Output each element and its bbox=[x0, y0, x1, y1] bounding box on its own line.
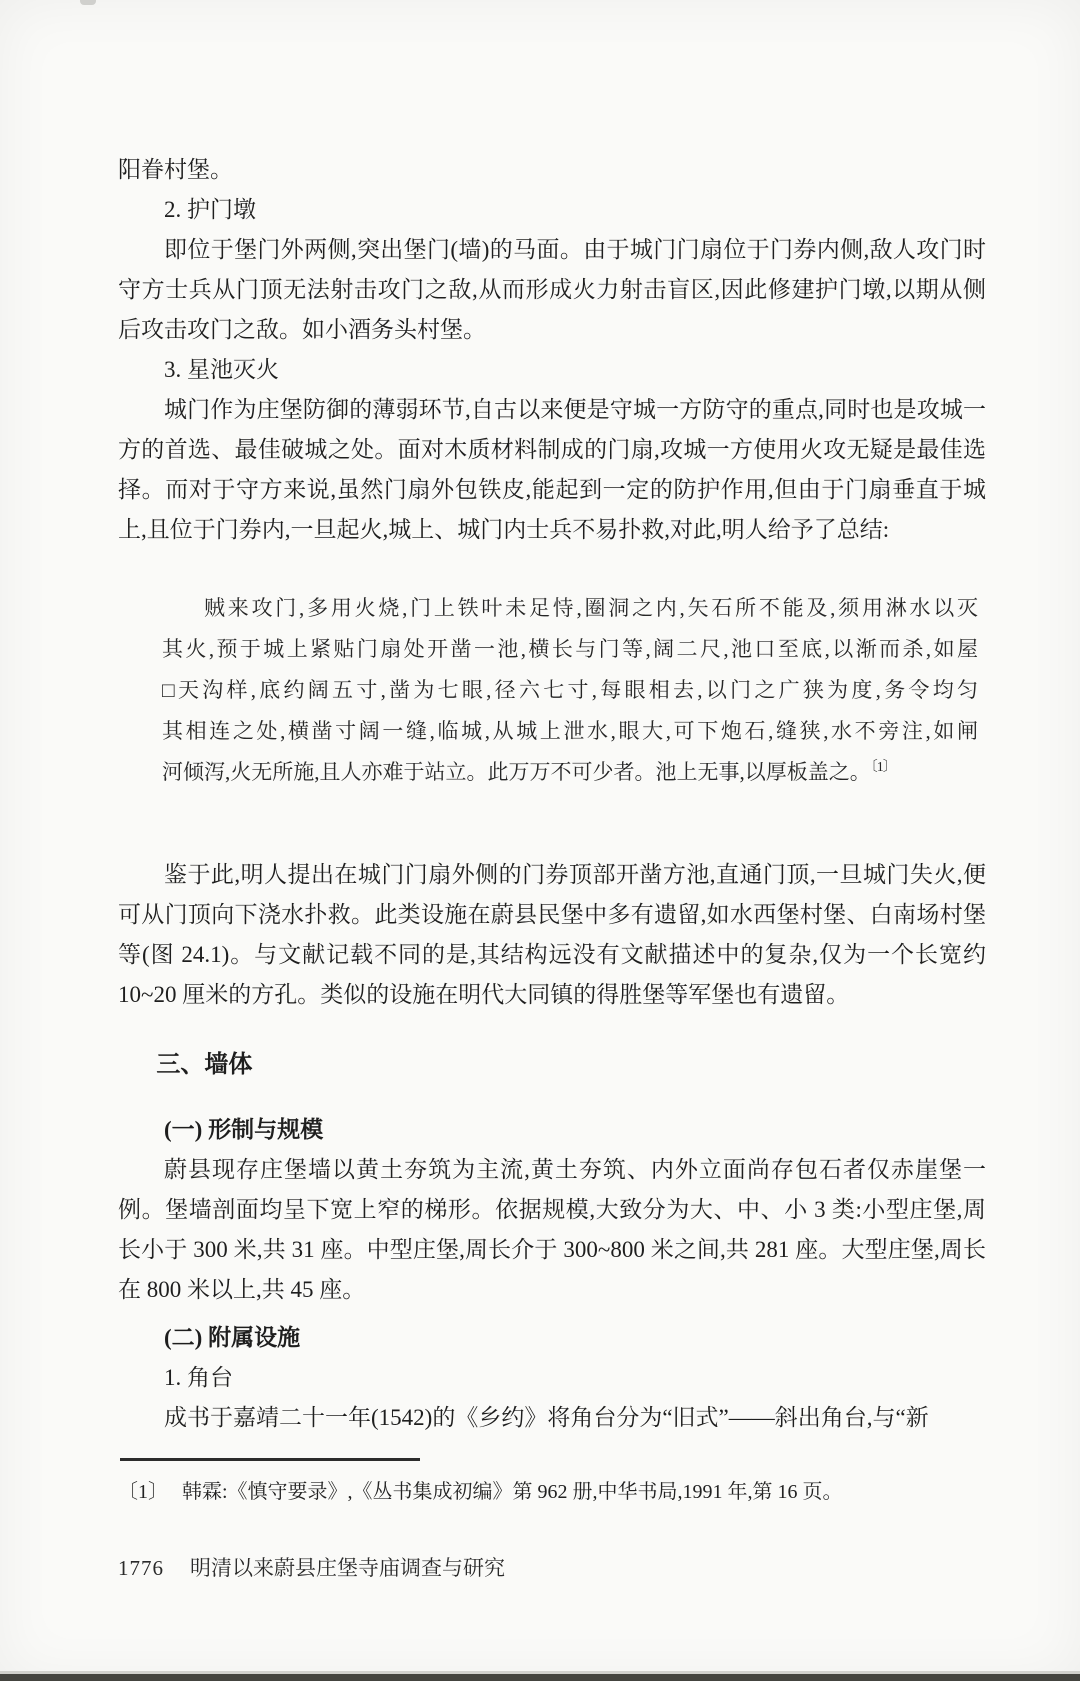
quote-line: □天沟样,底约阔五寸,凿为七眼,径六七寸,每眼相去,以门之广狭为度,务令均匀 bbox=[162, 670, 978, 711]
footnote: 〔1〕韩霖:《慎守要录》,《丛书集成初编》第 962 册,中华书局,1991 年… bbox=[118, 1475, 986, 1509]
quote-line-last: 河倾泻,火无所施,且人亦难于站立。此万万不可少者。池上无事,以厚板盖之。〔1〕 bbox=[162, 752, 978, 793]
paragraph-jianyu: 鉴于此,明人提出在城门门扇外侧的门券顶部开凿方池,直通门顶,一旦城门失火,便可从… bbox=[118, 855, 986, 1015]
paragraph-continuation: 阳眷村堡。 bbox=[118, 150, 986, 190]
page-body: 阳眷村堡。 2. 护门墩 即位于堡门外两侧,突出堡门(墙)的马面。由于城门门扇位… bbox=[0, 0, 1080, 1509]
footnote-marker: 〔1〕 bbox=[118, 1481, 168, 1503]
paragraph-xingzhi-guimo: 蔚县现存庄堡墙以黄土夯筑为主流,黄土夯筑、内外立面尚存包石者仅赤崖堡一例。堡墙剖… bbox=[118, 1150, 986, 1310]
heading-jiaotai: 1. 角台 bbox=[118, 1358, 986, 1398]
footnote-text: 韩霖:《慎守要录》,《丛书集成初编》第 962 册,中华书局,1991 年,第 … bbox=[182, 1481, 843, 1503]
block-quote: 贼来攻门,多用火烧,门上铁叶未足恃,圈洞之内,矢石所不能及,须用淋水以灭 其火,… bbox=[162, 588, 978, 793]
quote-line: 贼来攻门,多用火烧,门上铁叶未足恃,圈洞之内,矢石所不能及,须用淋水以灭 bbox=[162, 588, 978, 629]
heading-xingchi-miehuo: 3. 星池灭火 bbox=[118, 350, 986, 390]
paragraph-jiaotai: 成书于嘉靖二十一年(1542)的《乡约》将角台分为“旧式”——斜出角台,与“新 bbox=[118, 1398, 986, 1438]
paragraph-humendun: 即位于堡门外两侧,突出堡门(墙)的马面。由于城门门扇位于门券内侧,敌人攻门时守方… bbox=[118, 230, 986, 350]
footnote-divider bbox=[120, 1458, 420, 1461]
sub-heading-xingzhi-guimo: (一) 形制与规模 bbox=[118, 1110, 986, 1150]
sub-heading-fushu-sheshi: (二) 附属设施 bbox=[118, 1318, 986, 1358]
scanned-book-page: 阳眷村堡。 2. 护门墩 即位于堡门外两侧,突出堡门(墙)的马面。由于城门门扇位… bbox=[0, 0, 1080, 1681]
quote-line: 其相连之处,横凿寸阔一缝,临城,从城上泄水,眼大,可下炮石,缝狭,水不旁注,如闸 bbox=[162, 711, 978, 752]
heading-humendun: 2. 护门墩 bbox=[118, 190, 986, 230]
footer-page-number: 1776 bbox=[118, 1556, 164, 1580]
quote-line: 其火,预于城上紧贴门扇处开凿一池,横长与门等,阔二尺,池口至底,以渐而杀,如屋 bbox=[162, 629, 978, 670]
quote-line-text: 河倾泻,火无所施,且人亦难于站立。此万万不可少者。池上无事,以厚板盖之。 bbox=[162, 760, 871, 784]
scan-artifact-top bbox=[80, 0, 96, 5]
footer-book-title: 明清以来蔚县庄堡寺庙调查与研究 bbox=[190, 1556, 505, 1580]
section-heading-qiangti: 三、墙体 bbox=[118, 1045, 986, 1085]
scan-artifact-bottom bbox=[0, 1674, 1080, 1681]
running-footer: 1776明清以来蔚县庄堡寺庙调查与研究 bbox=[118, 1552, 505, 1582]
paragraph-xingchi-miehuo: 城门作为庄堡防御的薄弱环节,自古以来便是守城一方防守的重点,同时也是攻城一方的首… bbox=[118, 390, 986, 550]
footnote-reference: 〔1〕 bbox=[871, 760, 896, 775]
